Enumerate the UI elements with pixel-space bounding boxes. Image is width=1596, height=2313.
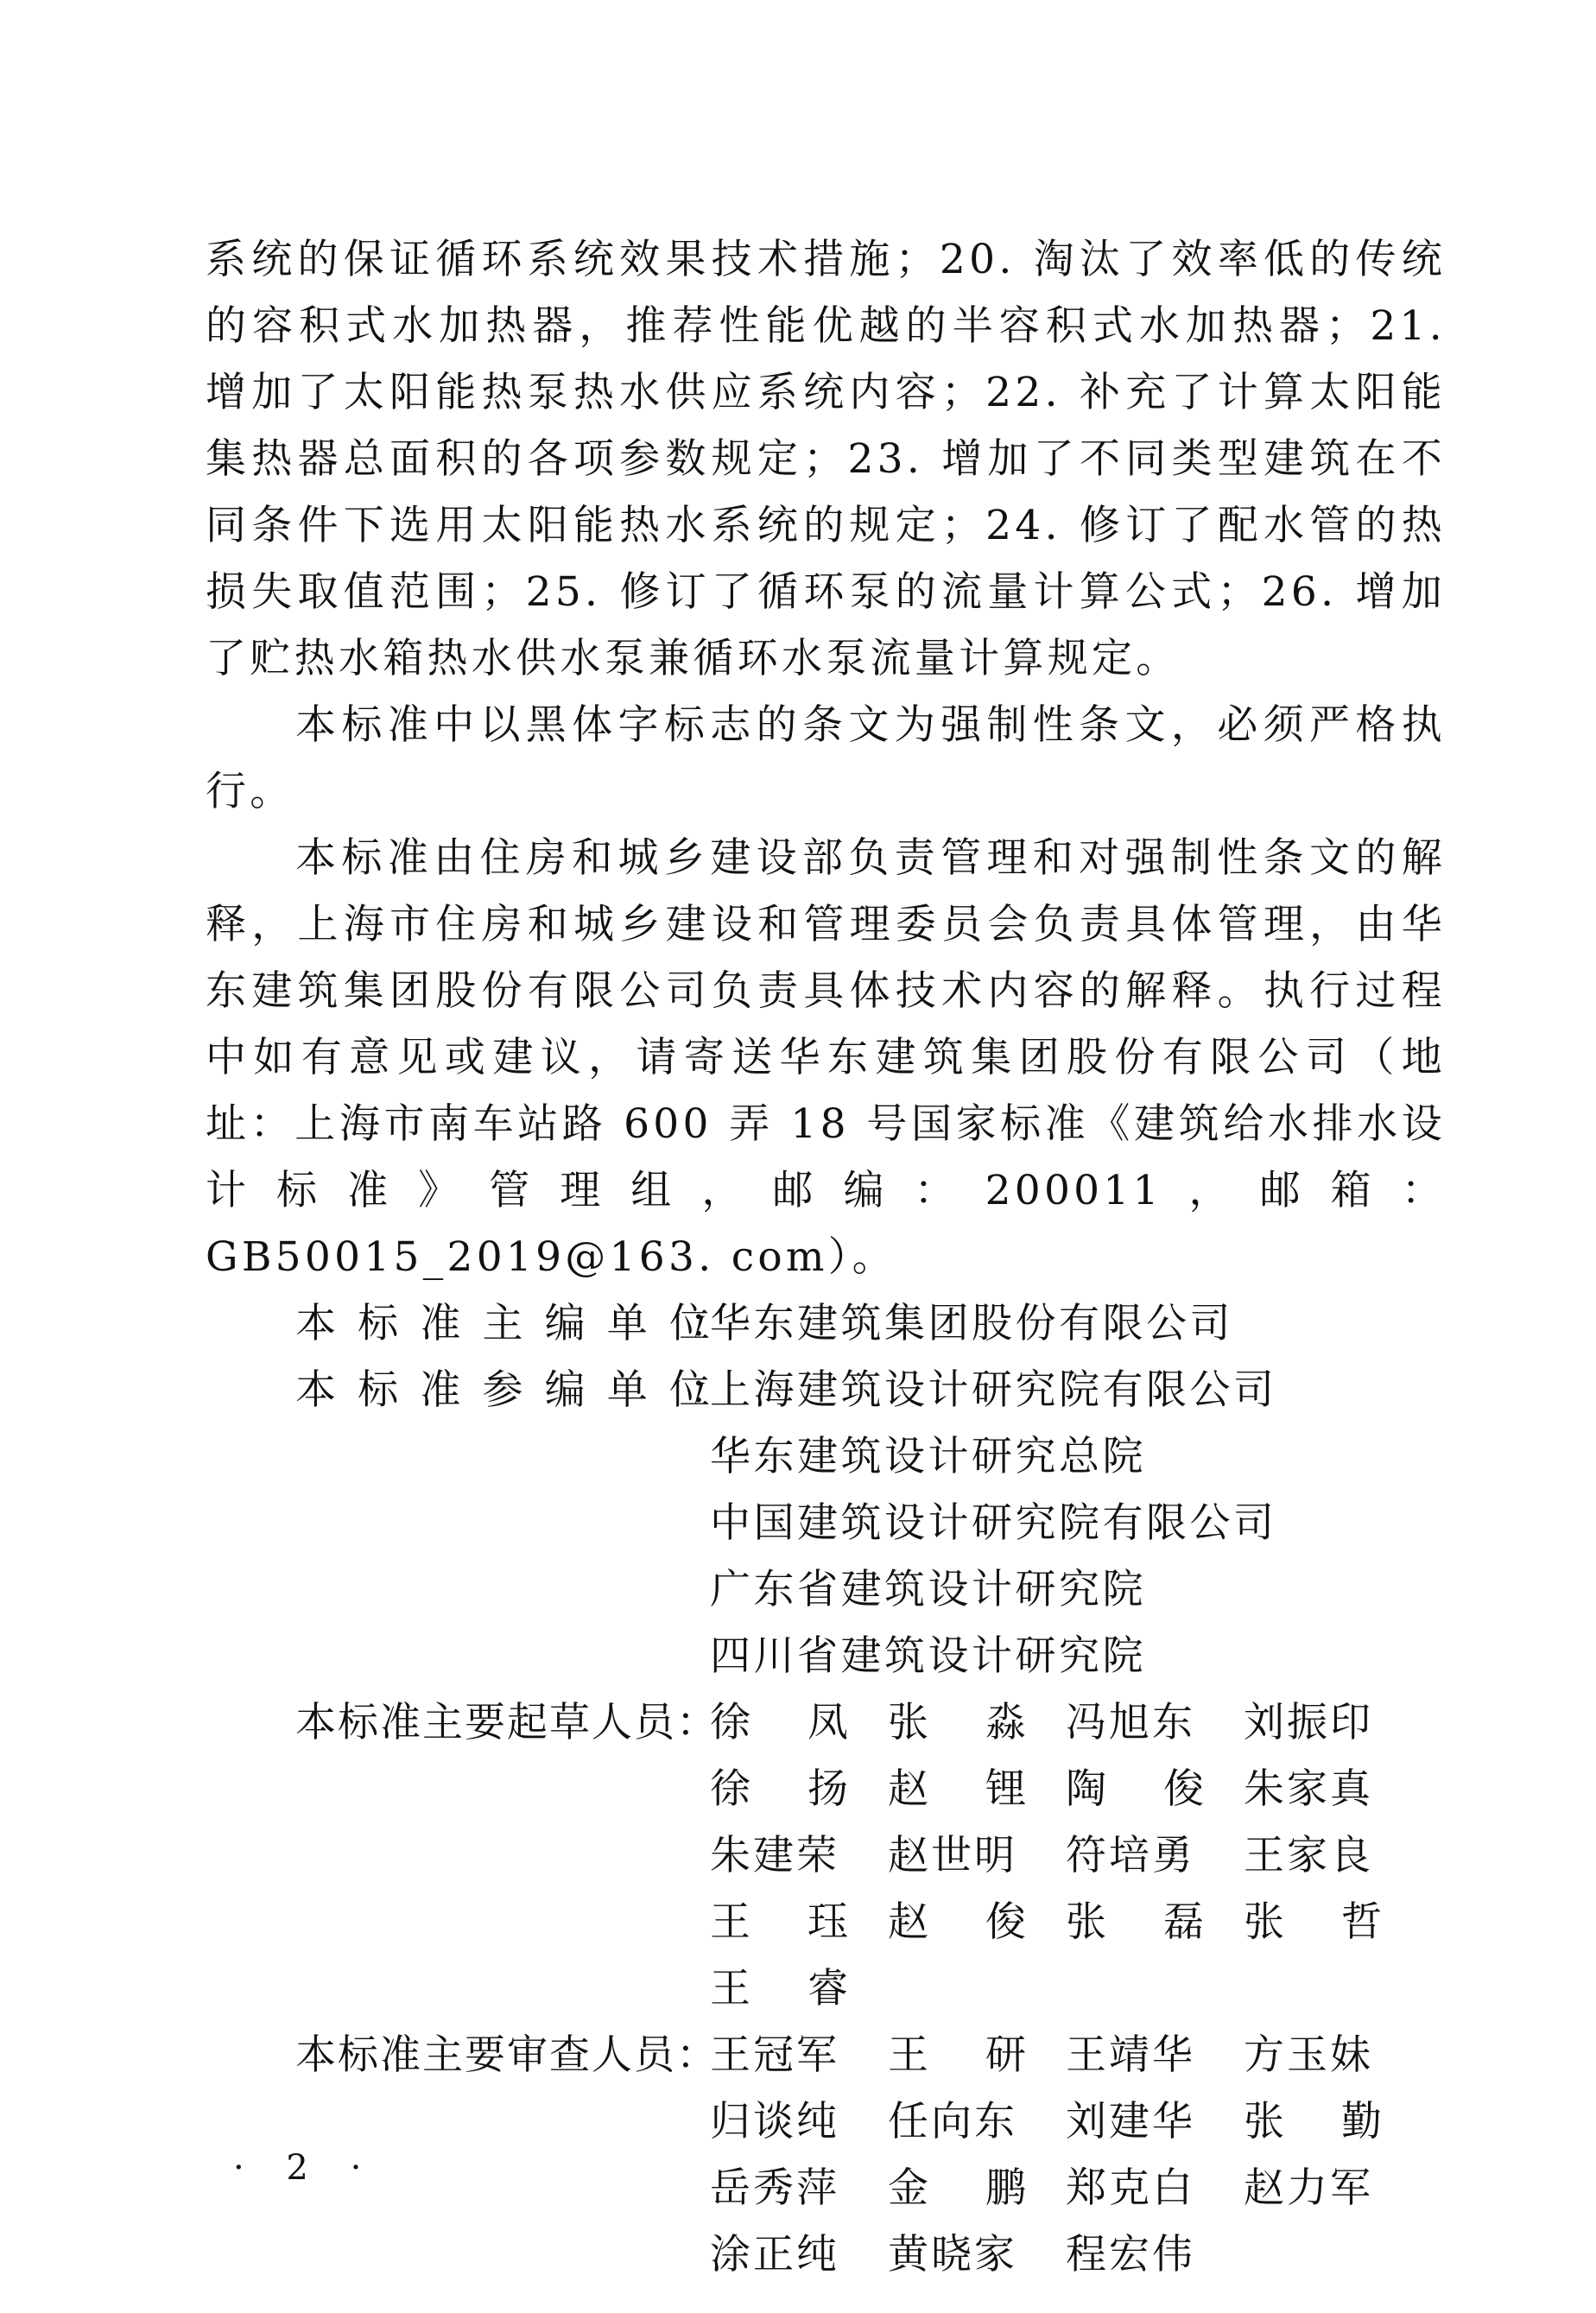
participating-units-row: 广东省建筑设计研究院 — [206, 1556, 1446, 1623]
participating-units-label: 本 标 准 参 编 单 位 — [206, 1357, 710, 1423]
person-name: 陶俊 — [1066, 1756, 1244, 1822]
person-name: 王珏 — [710, 1889, 888, 1955]
name-list: 徐凤 张淼 冯旭东 刘振印 — [710, 1689, 1422, 1756]
drafters-row: 本标准主要起草人员： 徐凤 张淼 冯旭东 刘振印 — [206, 1689, 1446, 1756]
participating-unit: 华东建筑设计研究总院 — [710, 1423, 1146, 1490]
person-name: 刘建华 — [1066, 2088, 1244, 2155]
label-char: 主 — [482, 1290, 522, 1357]
label-spacer — [206, 2221, 710, 2288]
label-char: 参 — [482, 1357, 522, 1423]
person-name: 朱建荣 — [710, 1822, 888, 1889]
person-name: 徐凤 — [710, 1689, 888, 1756]
name-list: 王睿 — [710, 1955, 888, 2022]
person-name: 赵力军 — [1244, 2155, 1422, 2221]
person-name: 冯旭东 — [1066, 1689, 1244, 1756]
drafters-label-text: 本标准主要起草人员 — [295, 1689, 676, 1756]
person-name: 符培勇 — [1066, 1822, 1244, 1889]
label-spacer — [206, 1556, 710, 1623]
chief-editor-value: 华东建筑集团股份有限公司 — [710, 1290, 1233, 1357]
name-list: 王冠军 王研 王靖华 方玉妹 — [710, 2022, 1422, 2088]
name-list: 徐扬 赵锂 陶俊 朱家真 — [710, 1756, 1422, 1822]
label-char: 编 — [545, 1290, 586, 1357]
person-name: 张勤 — [1244, 2088, 1422, 2155]
label-char: 标 — [358, 1357, 398, 1423]
person-name: 张淼 — [888, 1689, 1066, 1756]
person-name: 王冠军 — [710, 2022, 888, 2088]
chief-editor-row: 本 标 准 主 编 单 位 ： 华东建筑集团股份有限公司 — [206, 1290, 1446, 1357]
person-name: 程宏伟 — [1066, 2221, 1244, 2288]
person-name: 涂正纯 — [710, 2221, 888, 2288]
reviewers-label-text: 本标准主要审查人员 — [295, 2022, 676, 2088]
reviewers-row: 归谈纯 任向东 刘建华 张勤 — [206, 2088, 1446, 2155]
label-char: 本 — [295, 1357, 336, 1423]
paragraph-revision-list: 系统的保证循环系统效果技术措施；20. 淘汰了效率低的传统的容积式水加热器，推荐… — [206, 226, 1446, 692]
person-name: 任向东 — [888, 2088, 1066, 2155]
label-spacer — [206, 1756, 710, 1822]
person-name: 刘振印 — [1244, 1689, 1422, 1756]
person-name: 王研 — [888, 2022, 1066, 2088]
drafters-row: 朱建荣 赵世明 符培勇 王家良 — [206, 1822, 1446, 1889]
person-name: 王睿 — [710, 1955, 888, 2022]
participating-unit: 上海建筑设计研究院有限公司 — [710, 1357, 1277, 1423]
label-char: 本 — [295, 1290, 336, 1357]
reviewers-label: 本标准主要审查人员： — [206, 2022, 710, 2088]
person-name: 赵锂 — [888, 1756, 1066, 1822]
person-name: 金鹏 — [888, 2155, 1066, 2221]
person-name: 朱家真 — [1244, 1756, 1422, 1822]
reviewers-row: 涂正纯 黄晓家 程宏伟 — [206, 2221, 1446, 2288]
label-char: 单 — [607, 1290, 648, 1357]
name-list: 涂正纯 黄晓家 程宏伟 — [710, 2221, 1244, 2288]
person-name: 归谈纯 — [710, 2088, 888, 2155]
person-name: 赵俊 — [888, 1889, 1066, 1955]
label-spacer — [206, 1423, 710, 1490]
paragraph-mandatory-note: 本标准中以黑体字标志的条文为强制性条文，必须严格执行。 — [206, 692, 1446, 825]
person-name: 赵世明 — [888, 1822, 1066, 1889]
page-number: · 2 · — [233, 2142, 377, 2194]
label-spacer — [206, 1822, 710, 1889]
person-name: 徐扬 — [710, 1756, 888, 1822]
person-name: 郑克白 — [1066, 2155, 1244, 2221]
label-spacer — [206, 1490, 710, 1556]
name-list: 朱建荣 赵世明 符培勇 王家良 — [710, 1822, 1422, 1889]
participating-units-row: 四川省建筑设计研究院 — [206, 1623, 1446, 1689]
drafters-row: 徐扬 赵锂 陶俊 朱家真 — [206, 1756, 1446, 1822]
chief-editor-label: 本 标 准 主 编 单 位 — [206, 1290, 710, 1357]
label-spacer — [206, 1623, 710, 1689]
label-spacer — [206, 1889, 710, 1955]
label-char: 准 — [420, 1290, 460, 1357]
label-char: 标 — [358, 1290, 398, 1357]
drafters-row: 王睿 — [206, 1955, 1446, 2022]
participating-units-row: 中国建筑设计研究院有限公司 — [206, 1490, 1446, 1556]
participating-units-row: 华东建筑设计研究总院 — [206, 1423, 1446, 1490]
label-char: 编 — [545, 1357, 586, 1423]
drafters-label: 本标准主要起草人员： — [206, 1689, 710, 1756]
person-name: 岳秀萍 — [710, 2155, 888, 2221]
name-list: 归谈纯 任向东 刘建华 张勤 — [710, 2088, 1422, 2155]
drafters-row: 王珏 赵俊 张磊 张哲 — [206, 1889, 1446, 1955]
document-page: 系统的保证循环系统效果技术措施；20. 淘汰了效率低的传统的容积式水加热器，推荐… — [206, 226, 1446, 2288]
person-name: 方玉妹 — [1244, 2022, 1422, 2088]
person-name: 张磊 — [1066, 1889, 1244, 1955]
person-name: 黄晓家 — [888, 2221, 1066, 2288]
credits-section: 本 标 准 主 编 单 位 ： 华东建筑集团股份有限公司 本 标 准 参 编 单… — [206, 1290, 1446, 2288]
label-char: 单 — [607, 1357, 648, 1423]
reviewers-row: 岳秀萍 金鹏 郑克白 赵力军 — [206, 2155, 1446, 2221]
participating-unit: 中国建筑设计研究院有限公司 — [710, 1490, 1277, 1556]
label-spacer — [206, 1955, 710, 2022]
participating-unit: 四川省建筑设计研究院 — [710, 1623, 1146, 1689]
reviewers-row: 本标准主要审查人员： 王冠军 王研 王靖华 方玉妹 — [206, 2022, 1446, 2088]
participating-unit: 广东省建筑设计研究院 — [710, 1556, 1146, 1623]
participating-units-row: 本 标 准 参 编 单 位 ： 上海建筑设计研究院有限公司 — [206, 1357, 1446, 1423]
paragraph-management-contact: 本标准由住房和城乡建设部负责管理和对强制性条文的解释，上海市住房和城乡建设和管理… — [206, 825, 1446, 1290]
person-name: 张哲 — [1244, 1889, 1422, 1955]
person-name: 王家良 — [1244, 1822, 1422, 1889]
name-list: 王珏 赵俊 张磊 张哲 — [710, 1889, 1422, 1955]
person-name: 王靖华 — [1066, 2022, 1244, 2088]
name-list: 岳秀萍 金鹏 郑克白 赵力军 — [710, 2155, 1422, 2221]
label-char: 准 — [420, 1357, 460, 1423]
